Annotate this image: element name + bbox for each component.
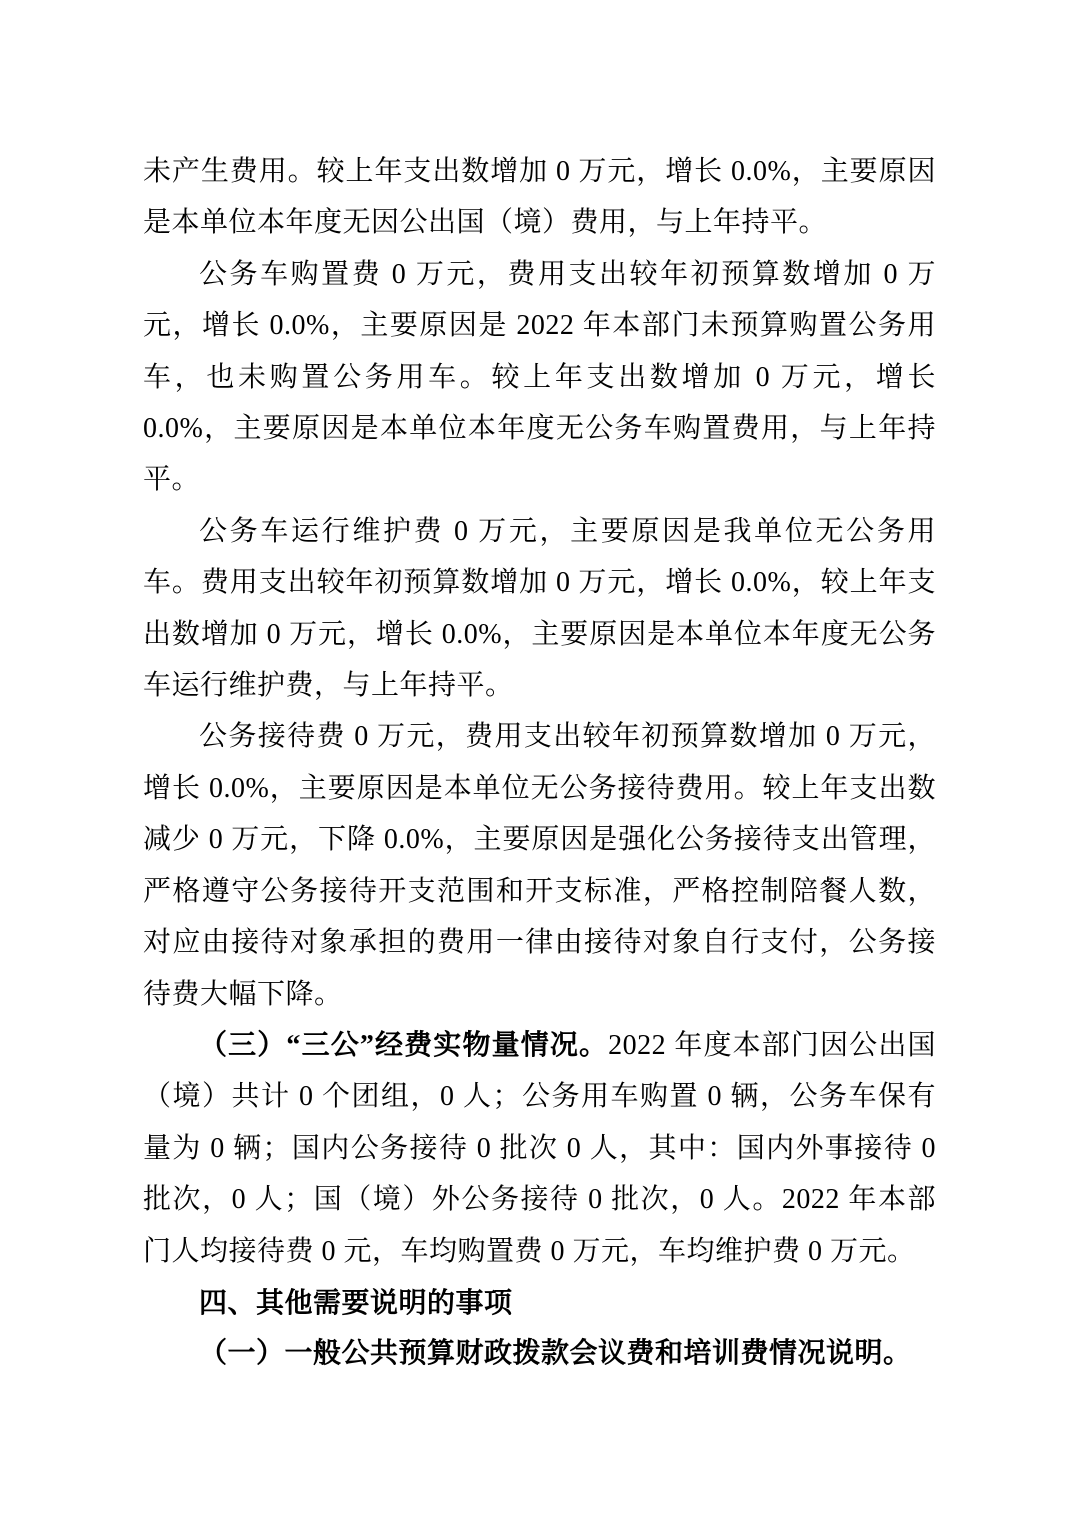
page-content: 未产生费用。较上年支出数增加 0 万元，增长 0.0%，主要原因是本单位本年度无… — [143, 146, 936, 1380]
paragraph-lead-bold-label: （三）“三公”经费实物量情况。 — [199, 1030, 608, 1061]
paragraph-vehicle-maintenance: 公务车运行维护费 0 万元，主要原因是我单位无公务用车。费用支出较年初预算数增加… — [143, 506, 936, 712]
paragraph-three-public-physical-quantity: （三）“三公”经费实物量情况。2022 年度本部门因公出国（境）共计 0 个团组… — [143, 1020, 936, 1277]
paragraph-overseas-travel-continuation: 未产生费用。较上年支出数增加 0 万元，增长 0.0%，主要原因是本单位本年度无… — [143, 146, 936, 249]
paragraph-vehicle-purchase: 公务车购置费 0 万元，费用支出较年初预算数增加 0 万元，增长 0.0%，主要… — [143, 249, 936, 506]
paragraph-official-reception: 公务接待费 0 万元，费用支出较年初预算数增加 0 万元，增长 0.0%，主要原… — [143, 711, 936, 1019]
heading-section-4-sub-1: （一）一般公共预算财政拨款会议费和培训费情况说明。 — [143, 1328, 936, 1379]
document-page: 未产生费用。较上年支出数增加 0 万元，增长 0.0%，主要原因是本单位本年度无… — [0, 0, 1074, 1520]
paragraph-body-text: 2022 年度本部门因公出国（境）共计 0 个团组，0 人；公务用车购置 0 辆… — [143, 1030, 936, 1267]
heading-section-4: 四、其他需要说明的事项 — [143, 1277, 936, 1328]
